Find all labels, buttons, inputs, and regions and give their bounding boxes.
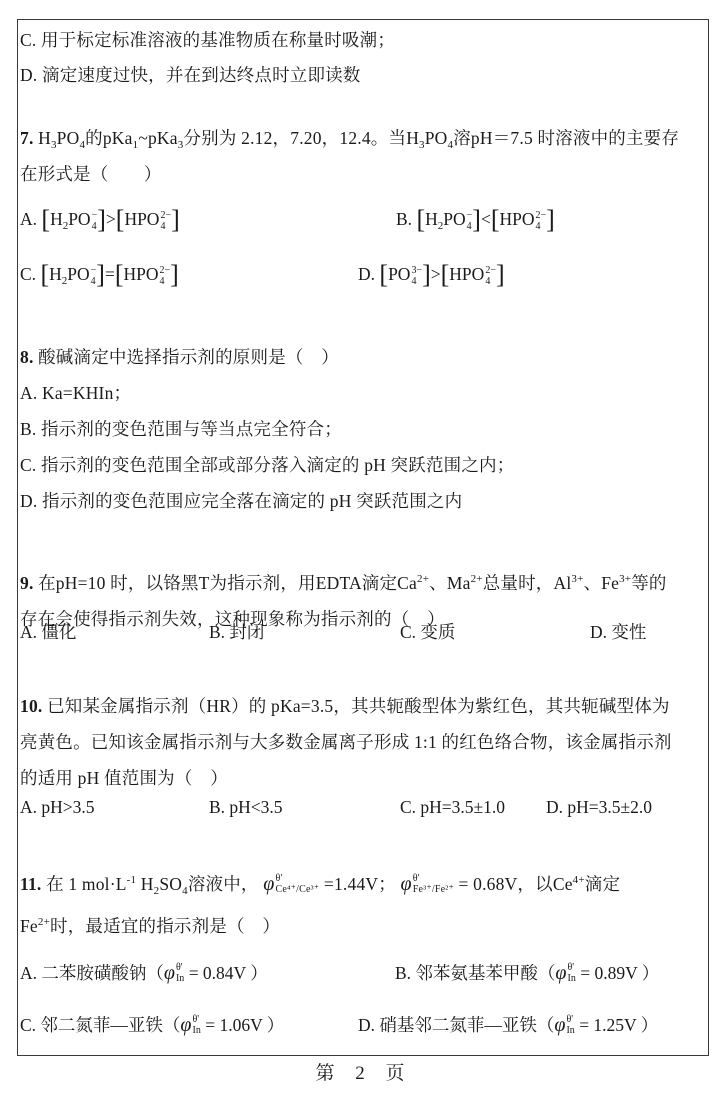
prev-option-d: D. 滴定速度过快，并在到达终点时立即读数 bbox=[20, 63, 361, 87]
question-11-stem-line1: 11. 在 1 mol·L-1 H2SO4溶液中， φθ'Ce⁴⁺/Ce³⁺ =… bbox=[20, 872, 620, 896]
question-11-option-c[interactable]: C. 邻二氮菲—亚铁（φθ'In = 1.06V ） bbox=[20, 1013, 284, 1037]
question-7-option-a[interactable]: A. [H2PO−4]>[HPO2−4] bbox=[20, 207, 180, 232]
question-7-stem-line1: 7. H3PO4的pKa1~pKa3分别为 2.12，7.20，12.4。当H3… bbox=[20, 126, 679, 150]
phi-in-icon: φθ'In bbox=[554, 1013, 574, 1037]
question-11-option-d[interactable]: D. 硝基邻二氮菲—亚铁（φθ'In = 1.25V ） bbox=[358, 1013, 658, 1037]
question-8-option-c[interactable]: C. 指示剂的变色范围全部或部分落入滴定的 pH 突跃范围之内； bbox=[20, 453, 514, 477]
question-7-option-b[interactable]: B. [H2PO−4]<[HPO2−4] bbox=[396, 207, 555, 232]
question-11-option-a[interactable]: A. 二苯胺磺酸钠（φθ'In = 0.84V ） bbox=[20, 961, 268, 985]
formal-potential-fe: φθ'Fe³⁺/Fe²⁺ bbox=[401, 872, 454, 896]
phi-in-icon: φθ'In bbox=[555, 961, 575, 985]
question-7-option-d[interactable]: D. [PO3−4]>[HPO2−4] bbox=[358, 262, 505, 287]
question-10-stem-line2: 亮黄色。已知该金属指示剂与大多数金属离子形成 1:1 的红色络合物，该金属指示剂 bbox=[20, 730, 672, 754]
question-9-option-a[interactable]: A. 僵化 bbox=[20, 620, 76, 644]
question-7-stem-line2: 在形式是（ ） bbox=[20, 162, 162, 186]
question-11-stem-line2: Fe2+时，最适宜的指示剂是（ ） bbox=[20, 914, 280, 938]
question-8-option-a[interactable]: A. Ka=KHIn； bbox=[20, 381, 131, 405]
question-10-option-d[interactable]: D. pH=3.5±2.0 bbox=[546, 795, 652, 819]
question-10-option-b[interactable]: B. pH<3.5 bbox=[209, 795, 283, 819]
prev-option-c: C. 用于标定标准溶液的基准物质在称量时吸潮； bbox=[20, 28, 395, 52]
question-number: 7. bbox=[20, 128, 34, 148]
question-11-option-b[interactable]: B. 邻苯氨基苯甲酸（φθ'In = 0.89V ） bbox=[395, 961, 659, 985]
question-9-stem-line1: 9. 在pH=10 时，以铬黑T为指示剂，用EDTA滴定Ca2+、Ma2+总量时… bbox=[20, 571, 667, 595]
question-10-stem-line1: 10. 已知某金属指示剂（HR）的 pKa=3.5，其共轭酸型体为紫红色，其共轭… bbox=[20, 694, 670, 718]
question-8-option-b[interactable]: B. 指示剂的变色范围与等当点完全符合； bbox=[20, 417, 342, 441]
formal-potential-ce: φθ'Ce⁴⁺/Ce³⁺ bbox=[263, 872, 319, 896]
page-number: 第 2 页 bbox=[0, 1058, 722, 1085]
phi-in-icon: φθ'In bbox=[180, 1013, 200, 1037]
question-9-option-c[interactable]: C. 变质 bbox=[400, 620, 455, 644]
question-10-option-a[interactable]: A. pH>3.5 bbox=[20, 795, 95, 819]
question-7-option-c[interactable]: C. [H2PO−4]=[HPO2−4] bbox=[20, 262, 179, 287]
question-10-option-c[interactable]: C. pH=3.5±1.0 bbox=[400, 795, 505, 819]
question-8-option-d[interactable]: D. 指示剂的变色范围应完全落在滴定的 pH 突跃范围之内 bbox=[20, 489, 462, 513]
phi-in-icon: φθ'In bbox=[164, 961, 184, 985]
question-8-stem: 8. 酸碱滴定中选择指示剂的原则是（ ） bbox=[20, 345, 339, 369]
question-10-stem-line3: 的适用 pH 值范围为（ ） bbox=[20, 766, 228, 790]
question-9-option-d[interactable]: D. 变性 bbox=[590, 620, 646, 644]
question-9-option-b[interactable]: B. 封闭 bbox=[209, 620, 264, 644]
